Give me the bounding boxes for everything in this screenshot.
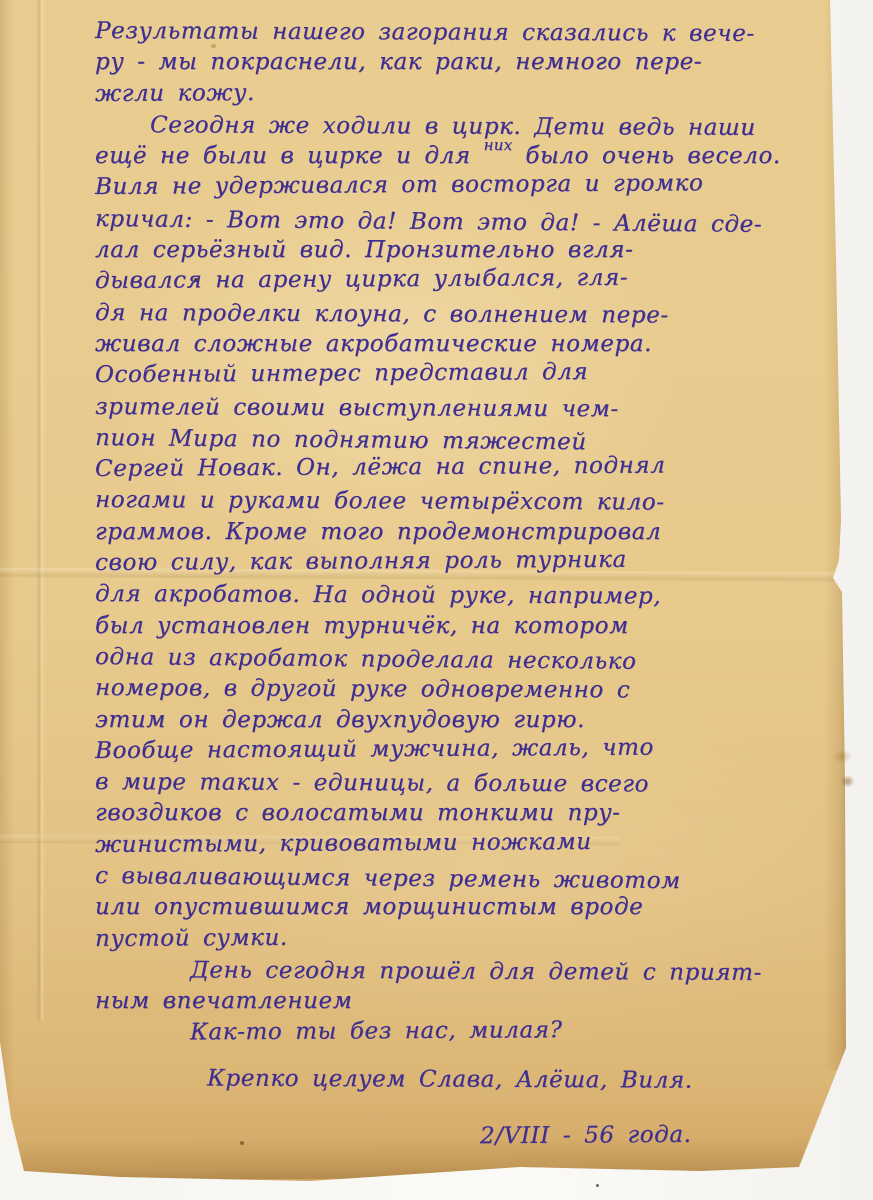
letter-line: гвоздиков с волосатыми тонкими пру-: [95, 798, 835, 829]
letter-line: свою силу, как выполняя роль турника: [95, 544, 835, 580]
letter-line: Сергей Новак. Он, лёжа на спине, поднял: [95, 450, 835, 486]
letter-line: ру - мы покраснели, как раки, немного пе…: [95, 47, 835, 78]
letter-line: День сегодня прошёл для детей с прият-: [95, 955, 835, 990]
letter-line: Особенный интерес представил для: [95, 356, 835, 392]
paper-stain: [826, 738, 862, 800]
letter-line: жинистыми, кривоватыми ножками: [95, 825, 835, 861]
letter-line: жгли кожу.: [95, 74, 835, 110]
letter-line: Крепко целуем Слава, Алёша, Виля.: [95, 1063, 835, 1098]
letter-line: Как-то ты без нас, милая?: [95, 1013, 835, 1049]
letter-line: кричал: - Вот это да! Вот это да! - Алёш…: [95, 204, 835, 242]
letter-line: с вываливающимся через ремень животом: [95, 861, 835, 899]
letter-line: пустой сумки.: [95, 919, 835, 955]
letter-line: для акробатов. На одной руке, например,: [95, 579, 835, 614]
inserted-word-above-line: них: [484, 136, 513, 154]
paper-left-edge-shadow: [0, 0, 14, 1100]
letter-date: 2/VIII - 56 года.: [480, 1117, 835, 1153]
letter-line: номеров, в другой руке одновременно с: [95, 673, 835, 708]
letter-line: этим он держал двухпудовую гирю.: [95, 705, 835, 736]
letter-paper-sheet: Результаты нашего загорания сказались к …: [0, 0, 873, 1200]
letter-line: Сегодня же ходили в цирк. Дети ведь наши: [95, 110, 835, 145]
letter-line: дя на проделки клоуна, с волнением пере-: [95, 298, 835, 333]
vertical-fold-crease: [36, 0, 45, 1020]
handwritten-letter-body: Результаты нашего загорания сказались к …: [95, 16, 835, 1152]
letter-line: Вообще настоящий мужчина, жаль, что: [95, 731, 835, 767]
letter-line: Результаты нашего загорания сказались к …: [95, 16, 835, 51]
line-text: было очень весело.: [513, 143, 781, 169]
letter-line: Виля не удерживался от восторга и громко: [95, 168, 835, 204]
line-text: ещё не были в цирке и для: [95, 143, 484, 169]
letter-lines: Результаты нашего загорания сказались к …: [95, 16, 835, 1094]
letter-line: дывался на арену цирка улыбался, гля-: [95, 262, 835, 298]
scan-speck: [596, 1184, 599, 1187]
letter-line: ногами и руками более четырёхсот кило-: [95, 485, 835, 520]
letter-line: ным впечатлением: [95, 986, 835, 1017]
letter-line: был установлен турничёк, на котором: [95, 611, 835, 642]
letter-line: зрителей своими выступлениями чем-: [95, 392, 835, 427]
letter-line: в мире таких - единицы, а больше всего: [95, 767, 835, 802]
